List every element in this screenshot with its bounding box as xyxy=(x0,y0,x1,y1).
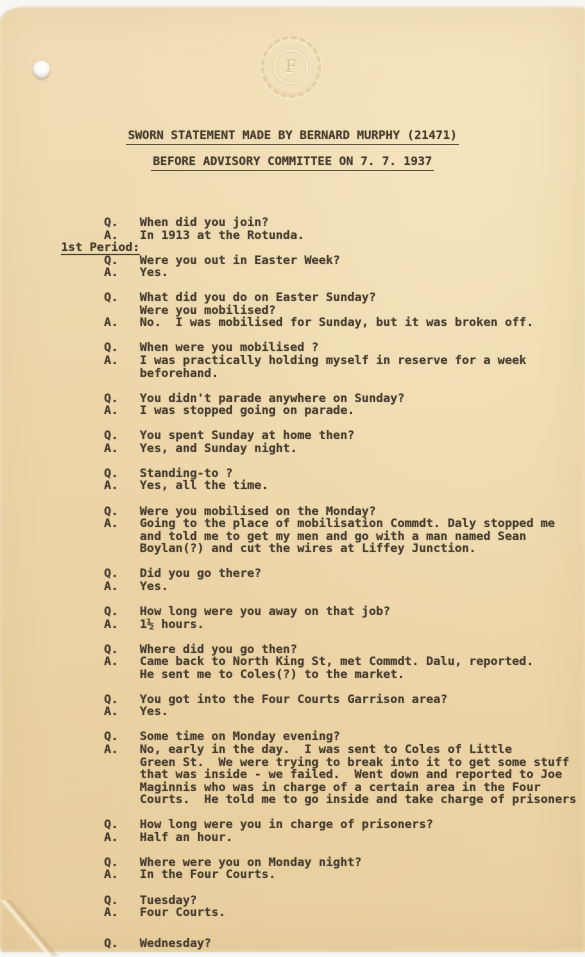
transcript-line: Courts. He told me to go inside and take… xyxy=(61,793,576,806)
transcript-line xyxy=(61,492,576,505)
transcript-line: beforehand. xyxy=(61,367,576,380)
transcript-line: Q. Wednesday? xyxy=(61,937,576,950)
seal-inner-ring: F xyxy=(274,50,308,84)
title-line-1: SWORN STATEMENT MADE BY BERNARD MURPHY (… xyxy=(126,128,459,145)
transcript-line: 1st Period: xyxy=(61,241,576,254)
transcript-line: Q. How long were you away on that job? xyxy=(61,605,576,618)
paper-sheet: F SWORN STATEMENT MADE BY BERNARD MURPHY… xyxy=(0,7,585,952)
transcript-line xyxy=(61,919,576,932)
hole-punch xyxy=(33,61,50,78)
transcript-line: A. Going to the place of mobilisation Co… xyxy=(61,517,576,530)
transcript-line: A. Half an hour. xyxy=(61,831,576,844)
transcript-line: A. No. I was mobilised for Sunday, but i… xyxy=(61,316,576,329)
transcript-line: A. Came back to North King St, met Commd… xyxy=(61,655,576,668)
document-header: SWORN STATEMENT MADE BY BERNARD MURPHY (… xyxy=(0,128,585,171)
transcript-line: A. Yes. xyxy=(61,580,576,593)
transcript: Q. When did you join? A. In 1913 at the … xyxy=(61,216,576,950)
transcript-line: A. Yes. xyxy=(61,266,576,279)
seal-monogram: F xyxy=(285,59,297,76)
transcript-line: Q. Did you go there? xyxy=(61,567,576,580)
transcript-line: A. I was stopped going on parade. xyxy=(61,404,576,417)
transcript-line xyxy=(61,843,576,856)
transcript-line xyxy=(61,881,576,894)
transcript-line: A. 1½ hours. xyxy=(61,618,576,631)
transcript-line: A. Yes, all the time. xyxy=(61,479,576,492)
transcript-line xyxy=(61,630,576,643)
transcript-line: A. I was practically holding myself in r… xyxy=(61,354,576,367)
transcript-line xyxy=(61,680,576,693)
transcript-line: A. Yes. xyxy=(61,705,576,718)
paper-crease xyxy=(0,900,64,956)
transcript-line: Q. You spent Sunday at home then? xyxy=(61,429,576,442)
transcript-line: Boylan(?) and cut the wires at Liffey Ju… xyxy=(61,542,576,555)
embossed-seal: F xyxy=(261,36,321,98)
transcript-line: A. Yes, and Sunday night. xyxy=(61,442,576,455)
scanned-document: F SWORN STATEMENT MADE BY BERNARD MURPHY… xyxy=(0,0,585,957)
transcript-line: A. No, early in the day. I was sent to C… xyxy=(61,743,576,756)
transcript-line: Q. When did you join? xyxy=(61,216,576,229)
transcript-line: A. In the Four Courts. xyxy=(61,868,576,881)
transcript-line: Q. What did you do on Easter Sunday? xyxy=(61,291,576,304)
title-line-2: BEFORE ADVISORY COMMITTEE ON 7. 7. 1937 xyxy=(151,154,434,171)
transcript-line: Q. How long were you in charge of prison… xyxy=(61,818,576,831)
transcript-line xyxy=(61,379,576,392)
transcript-line: A. Four Courts. xyxy=(61,906,576,919)
transcript-line: that was inside - we failed. Went down a… xyxy=(61,768,576,781)
transcript-line: He sent me to Coles(?) to the market. xyxy=(61,668,576,681)
